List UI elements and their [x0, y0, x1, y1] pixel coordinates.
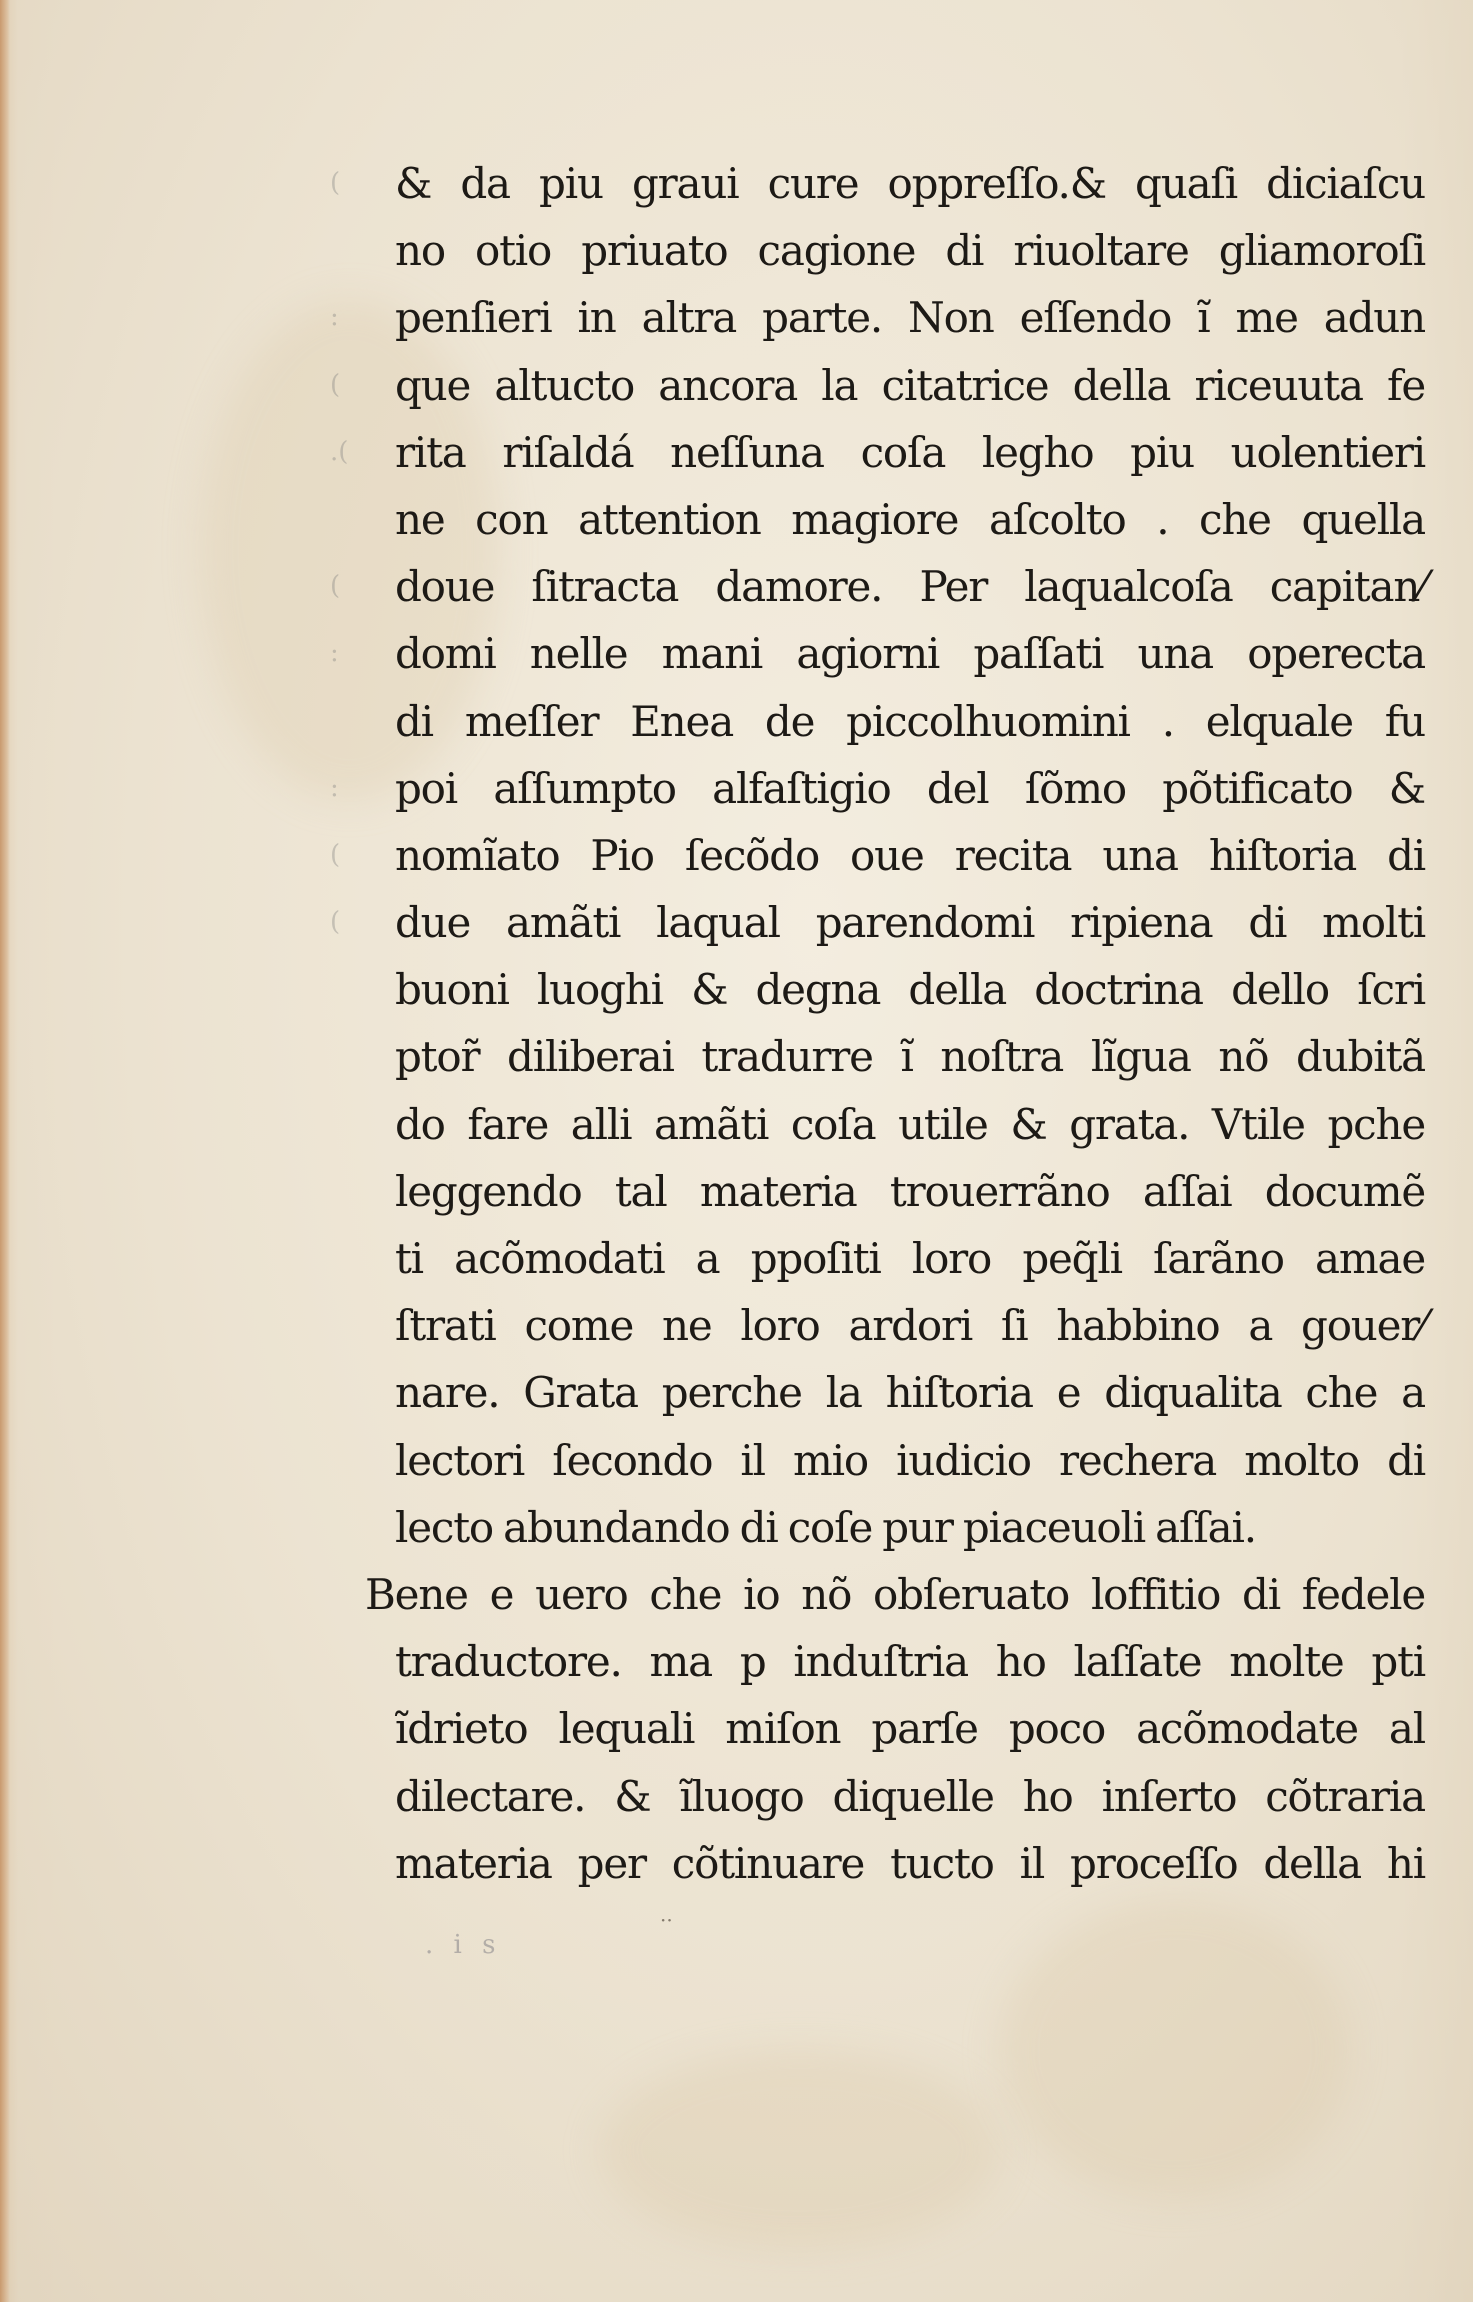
margin-mark: ( [330, 150, 370, 217]
margin-mark [330, 486, 370, 553]
text-line: di meſſer Enea de piccolhuomini . elqual… [395, 688, 1425, 755]
body-text: & da piu graui cure oppreſſo.& quaſi dic… [395, 150, 1425, 1897]
text-line: & da piu graui cure oppreſſo.& quaſi dic… [395, 150, 1425, 217]
text-line: nare. Grata perche la hiſtoria e diquali… [395, 1359, 1425, 1426]
page-edge [0, 0, 10, 2302]
text-line: materia per cõtinuare tucto il proceſſo … [395, 1830, 1425, 1897]
margin-mark: ( [330, 352, 370, 419]
margin-mark: : [330, 620, 370, 687]
text-line: doue ſitracta damore. Per laqualcoſa cap… [395, 553, 1425, 620]
text-line: traductore. ma p induſtria ho laſſate mo… [395, 1628, 1425, 1695]
text-line: lecto abundando di coſe pur piaceuoli aſ… [395, 1494, 1425, 1561]
text-line: ti acõmodati a ppoſiti loro peq̃li ſarãn… [395, 1225, 1425, 1292]
margin-mark: ( [330, 553, 370, 620]
text-line: lectori ſecondo il mio iudicio rechera m… [395, 1427, 1425, 1494]
text-line: ptor̃ diliberai tradurre ĩ noſtra lĩgua … [395, 1023, 1425, 1090]
book-page: ( : ( .( ( : : ( ( & da piu graui cure o… [0, 0, 1473, 2302]
paper-stain [1000, 1900, 1350, 2200]
paragraph-start-line: Bene e uero che io nõ obſeruato loffitio… [365, 1561, 1425, 1628]
margin-mark: ( [330, 822, 370, 889]
margin-mark [330, 688, 370, 755]
paper-stain [600, 2050, 1000, 2250]
text-line: rita riſaldá neſſuna coſa legho piu uole… [395, 419, 1425, 486]
text-line: ĩdrieto lequali miſon parſe poco acõmoda… [395, 1695, 1425, 1762]
margin-mark [330, 217, 370, 284]
text-line: poi aſſumpto alfaſtigio del ſõmo põtific… [395, 755, 1425, 822]
text-line: do fare alli amãti coſa utile & grata. V… [395, 1091, 1425, 1158]
ink-speck: ·· [660, 1908, 673, 1932]
text-line: leggendo tal materia trouerrãno aſſai do… [395, 1158, 1425, 1225]
margin-mark: .( [330, 419, 370, 486]
margin-mark: : [330, 284, 370, 351]
text-line: no otio priuato cagione di riuoltare gli… [395, 217, 1425, 284]
text-line: dilectare. & ĩluogo diquelle ho inſerto … [395, 1763, 1425, 1830]
show-through-marks: ( : ( .( ( : : ( ( [330, 150, 370, 956]
text-line: ſtrati come ne loro ardori ſi habbino a … [395, 1292, 1425, 1359]
text-line: nomĩato Pio ſecõdo oue recita una hiſtor… [395, 822, 1425, 889]
text-line: que altucto ancora la citatrice della ri… [395, 352, 1425, 419]
margin-mark: : [330, 755, 370, 822]
signature-mark: . i s [425, 1930, 501, 1960]
text-line: ne con attention magiore aſcolto . che q… [395, 486, 1425, 553]
text-line: penſieri in altra parte. Non eſſendo ĩ m… [395, 284, 1425, 351]
margin-mark: ( [330, 889, 370, 956]
text-line: buoni luoghi & degna della doctrina dell… [395, 956, 1425, 1023]
text-line: domi nelle mani agiorni paſſati una oper… [395, 620, 1425, 687]
text-line: due amãti laqual parendomi ripiena di mo… [395, 889, 1425, 956]
